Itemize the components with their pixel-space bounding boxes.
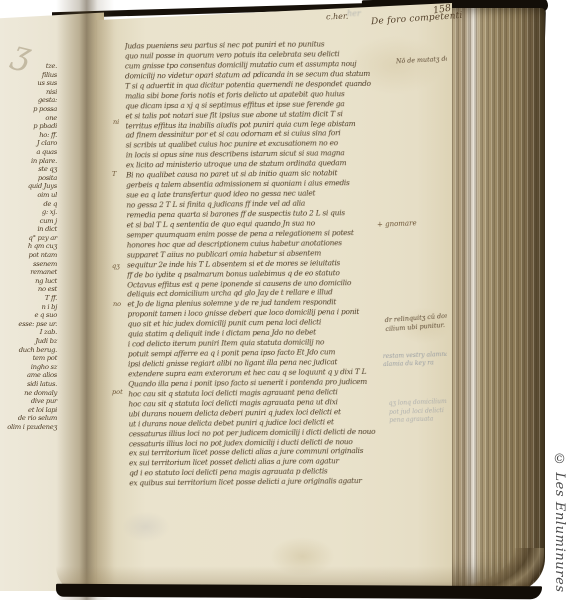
left-page-line: in dict bbox=[0, 225, 57, 234]
left-page-line: e q suo bbox=[0, 311, 57, 320]
header-chapter-mark: c.her. bbox=[326, 12, 349, 22]
left-page-line: dive pur bbox=[0, 397, 57, 406]
margin-note-faint-b: qʒ lonq domiciliumpot jud loci delictipe… bbox=[389, 398, 448, 426]
header-ghost-note: her bbox=[347, 9, 361, 18]
margin-mark: pot bbox=[112, 388, 123, 396]
left-page-line: ssenem bbox=[0, 260, 57, 269]
left-page-line: h qm cuʒ bbox=[0, 242, 57, 251]
left-page-line: ng luct bbox=[0, 277, 57, 286]
left-page-line: tem pot bbox=[0, 354, 57, 363]
left-page-line: q° pzy ar bbox=[0, 234, 57, 243]
left-page-line: tze. bbox=[0, 62, 57, 71]
left-page-line: de rio selum bbox=[0, 414, 57, 423]
left-page-line: gesta: bbox=[0, 96, 57, 105]
left-page-line: sidi latus. bbox=[0, 380, 57, 389]
left-page-line: ste qʒ bbox=[0, 165, 57, 174]
left-page-line: J claro bbox=[0, 139, 57, 148]
left-page-line: p pbadi bbox=[0, 122, 57, 131]
book-fore-edge bbox=[446, 8, 545, 592]
left-page-line: I zab. bbox=[0, 328, 57, 337]
left-page-line: esse: pse ur. bbox=[0, 320, 57, 329]
left-page-line: ingho sz bbox=[0, 363, 57, 372]
copyright-credit: © Les Enluminures bbox=[552, 452, 567, 593]
left-page-line: duch berug. bbox=[0, 346, 57, 355]
left-page-line: p possa bbox=[0, 105, 57, 114]
left-page-line: us sus bbox=[0, 79, 57, 88]
left-page-line: quid Juys bbox=[0, 182, 57, 191]
margin-note-cross: + gnomare bbox=[377, 219, 417, 228]
left-page-text-fragments: tze.filiusus susnisigesta:p possaonep pb… bbox=[0, 62, 59, 498]
left-page-line: one bbox=[0, 114, 57, 123]
book-cover-bottom-edge bbox=[56, 584, 542, 600]
manuscript-photo: ʒ tze.filiusus susnisigesta:p possaonep … bbox=[0, 0, 579, 600]
left-page-line: no est bbox=[0, 285, 57, 294]
margin-mark: no bbox=[113, 300, 121, 308]
left-page-line: et loi lapi bbox=[0, 406, 57, 415]
margin-note-faint-a: restam vestry alamna estalamia du key ra bbox=[383, 351, 448, 369]
left-page-line: filius bbox=[0, 71, 57, 80]
left-page-line: g: xj. bbox=[0, 208, 57, 217]
left-page-line: de q bbox=[0, 200, 57, 209]
left-page-line: a quas bbox=[0, 148, 57, 157]
gutter-shadow bbox=[56, 0, 114, 600]
left-page-line: remanet bbox=[0, 268, 57, 277]
margin-mark: ni bbox=[113, 118, 119, 126]
left-page-line: cum j bbox=[0, 217, 57, 226]
left-page-line: ho: ff. bbox=[0, 131, 57, 140]
left-page-line: T ff. bbox=[0, 294, 57, 303]
left-page-line: pot ntam bbox=[0, 251, 57, 260]
main-text-block: Judas pueniens seu partus si nec pot pun… bbox=[125, 39, 412, 496]
left-page-line: posita bbox=[0, 174, 57, 183]
left-page-line: ame alios bbox=[0, 371, 57, 380]
left-page-line: in plare. bbox=[0, 157, 57, 166]
left-page-line: ne domaly bbox=[0, 389, 57, 398]
margin-mark: qʒ bbox=[112, 262, 120, 270]
margin-mark: T bbox=[112, 170, 116, 178]
manuscript-line: ex quibus sui territorium licet posse de… bbox=[129, 476, 411, 489]
left-page-line: nisi bbox=[0, 88, 57, 97]
left-page-line: n i bj bbox=[0, 303, 57, 312]
left-page-line: olim i pzudeneʒ bbox=[0, 423, 57, 432]
left-page-line: oim ul bbox=[0, 191, 57, 200]
left-page-line: Judi bz bbox=[0, 337, 57, 346]
